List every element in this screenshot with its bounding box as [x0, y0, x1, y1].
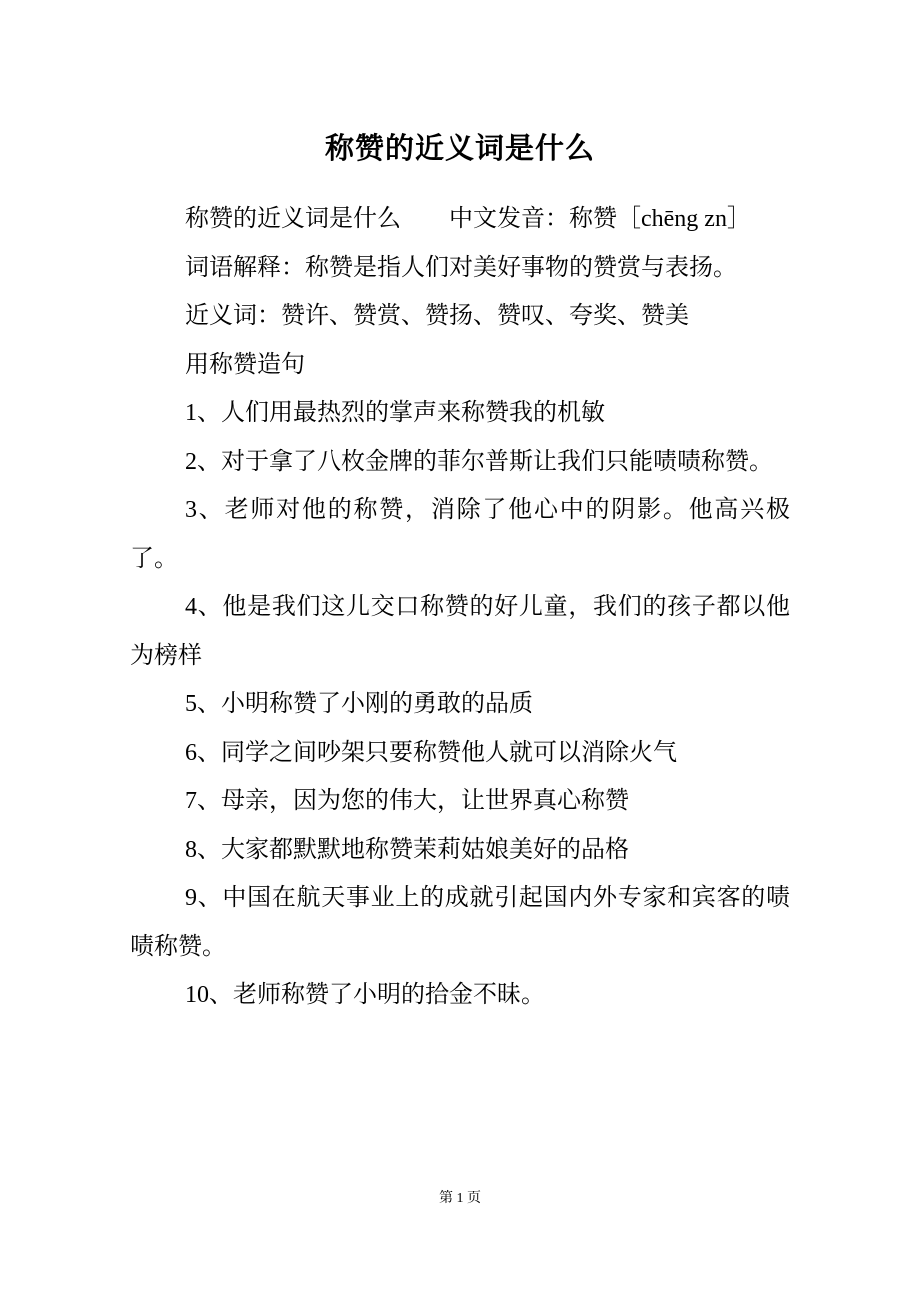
paragraph-sentence-7: 7、母亲，因为您的伟大，让世界真心称赞: [130, 777, 790, 826]
document-body: 称赞的近义词是什么 中文发音：称赞［chēng zn］ 词语解释：称赞是指人们对…: [130, 195, 790, 1020]
page-number: 第 1 页: [439, 1191, 481, 1206]
paragraph-sentence-8: 8、大家都默默地称赞茉莉姑娘美好的品格: [130, 826, 790, 875]
paragraph-synonyms: 近义词：赞许、赞赏、赞扬、赞叹、夸奖、赞美: [130, 292, 790, 341]
document-page: 称赞的近义词是什么 称赞的近义词是什么 中文发音：称赞［chēng zn］ 词语…: [0, 0, 920, 1302]
paragraph-sentence-4: 4、他是我们这儿交口称赞的好儿童，我们的孩子都以他为榜样: [130, 583, 790, 680]
paragraph-section-heading: 用称赞造句: [130, 341, 790, 390]
page-footer: 第 1 页: [0, 1190, 920, 1208]
paragraph-sentence-10: 10、老师称赞了小明的拾金不昧。: [130, 971, 790, 1020]
paragraph-sentence-3: 3、老师对他的称赞，消除了他心中的阴影。他高兴极了。: [130, 486, 790, 583]
paragraph-sentence-5: 5、小明称赞了小刚的勇敢的品质: [130, 680, 790, 729]
paragraph-sentence-1: 1、人们用最热烈的掌声来称赞我的机敏: [130, 389, 790, 438]
document-title: 称赞的近义词是什么: [0, 0, 920, 168]
paragraph-sentence-6: 6、同学之间吵架只要称赞他人就可以消除火气: [130, 729, 790, 778]
paragraph-definition: 词语解释：称赞是指人们对美好事物的赞赏与表扬。: [130, 244, 790, 293]
paragraph-intro: 称赞的近义词是什么 中文发音：称赞［chēng zn］: [130, 195, 790, 244]
paragraph-sentence-9: 9、中国在航天事业上的成就引起国内外专家和宾客的啧啧称赞。: [130, 874, 790, 971]
paragraph-sentence-2: 2、对于拿了八枚金牌的菲尔普斯让我们只能啧啧称赞。: [130, 438, 790, 487]
